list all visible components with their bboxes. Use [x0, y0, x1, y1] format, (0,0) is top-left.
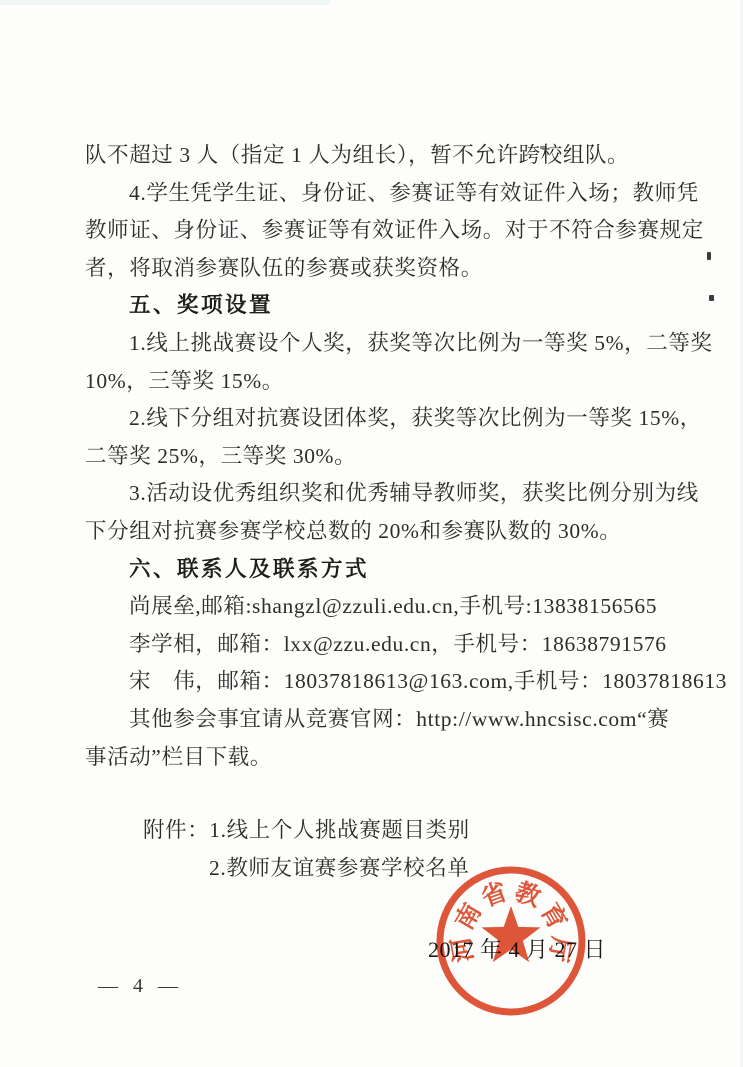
website-line: 其他参会事宜请从竞赛官网：http://www.hncsisc.com“赛 — [85, 701, 670, 739]
text-line: 事活动”栏目下载。 — [85, 739, 670, 777]
text-line: 队不超过 3 人（指定 1 人为组长），暂不允许跨校组队。 — [85, 137, 670, 175]
text-line: 教师证、身份证、参赛证等有效证件入场。对于不符合参赛规定 — [85, 212, 670, 250]
text-line: 10%，三等奖 15%。 — [85, 363, 670, 401]
contact-line: 李学相，邮箱：lxx@zzu.edu.cn，手机号：18638791576 — [85, 626, 670, 664]
seal-char: 厅 — [543, 935, 576, 965]
contact-line: 宋 伟，邮箱：18037818613@163.com,手机号：180378186… — [85, 663, 670, 701]
scanned-document-page: 队不超过 3 人（指定 1 人为组长），暂不允许跨校组队。 4.学生凭学生证、身… — [0, 0, 743, 1067]
star-icon — [482, 906, 541, 962]
text-line: 2.线下分组对抗赛设团体奖，获奖等次比例为一等奖 15%， — [85, 400, 670, 438]
text-line: 1.线上挑战赛设个人奖，获奖等次比例为一等奖 5%，二等奖 — [85, 325, 670, 363]
seal-char: 南 — [449, 898, 487, 934]
text-line: 下分组对抗赛参赛学校总数的 20%和参赛队数的 30%。 — [85, 513, 670, 551]
page-number: — 4 — — [98, 975, 183, 998]
attachment-line: 附件：1.线上个人挑战赛题目类别 — [85, 812, 670, 850]
text-line: 3.活动设优秀组织奖和优秀辅导教师奖，获奖比例分别为线 — [85, 475, 670, 513]
seal-char: 教 — [511, 877, 545, 913]
section-heading-contacts: 六、联系人及联系方式 — [85, 551, 670, 589]
scan-speck — [709, 295, 714, 301]
seal-char: 河 — [446, 935, 479, 965]
document-body: 队不超过 3 人（指定 1 人为组长），暂不允许跨校组队。 4.学生凭学生证、身… — [85, 137, 670, 776]
seal-char: 省 — [477, 877, 510, 913]
scan-artifact-top-band — [0, 0, 330, 5]
text-line: 二等奖 25%，三等奖 30%。 — [85, 438, 670, 476]
text-line: 者，将取消参赛队伍的参赛或获奖资格。 — [85, 250, 670, 288]
contact-line: 尚展垒,邮箱:shangzl@zzuli.edu.cn,手机号:13838156… — [85, 588, 670, 626]
seal-char: 育 — [535, 898, 573, 934]
official-seal: 河 南 省 教 育 厅 — [434, 864, 588, 1018]
section-heading-awards: 五、奖项设置 — [85, 287, 670, 325]
text-line: 4.学生凭学生证、身份证、参赛证等有效证件入场；教师凭 — [85, 175, 670, 213]
scan-speck — [707, 252, 711, 260]
